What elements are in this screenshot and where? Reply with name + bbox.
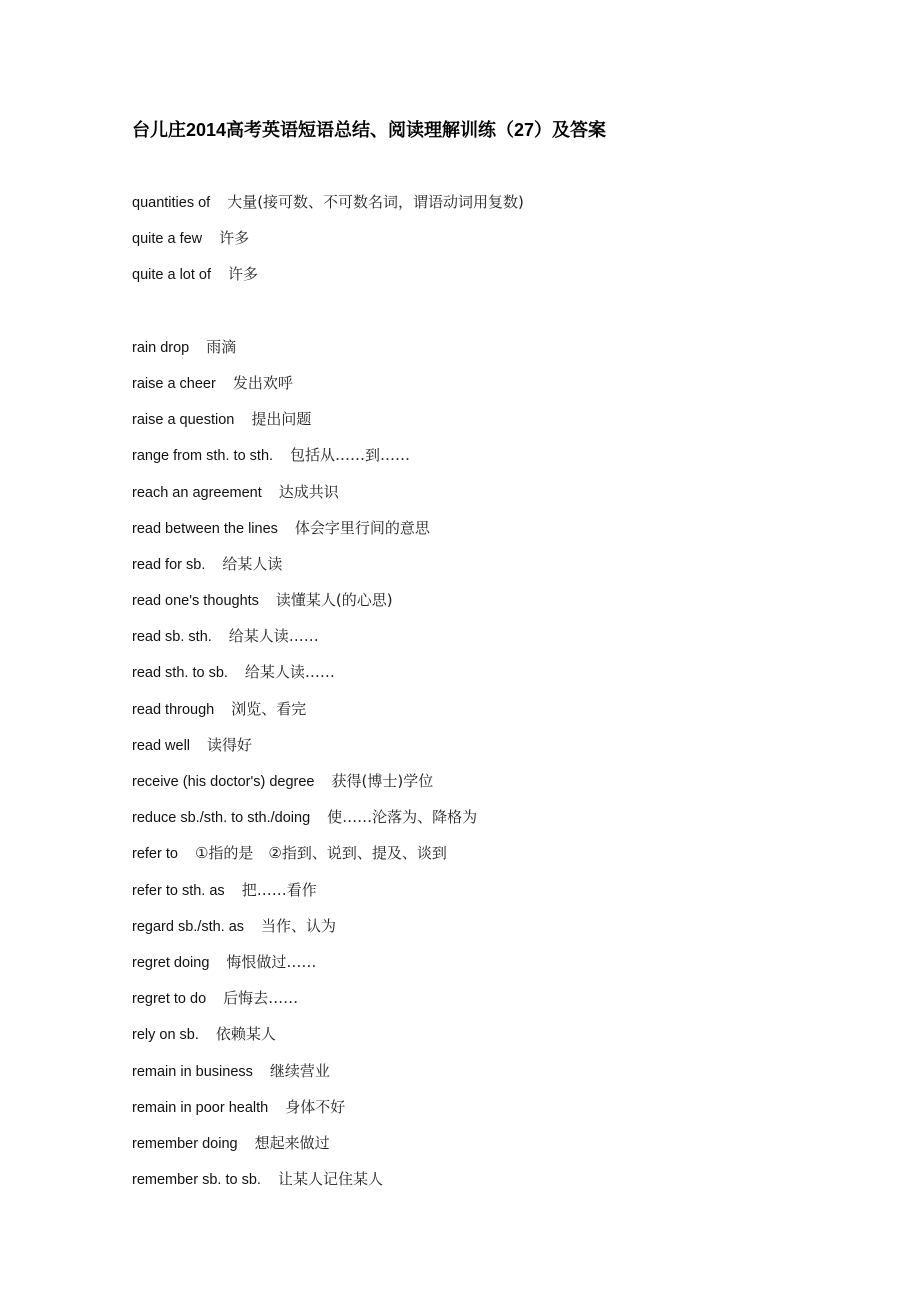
phrase-entry: quite a few许多 — [132, 226, 832, 262]
phrase-meaning: 体会字里行间的意思 — [295, 519, 430, 537]
phrase-text: read sth. to sb. — [132, 665, 228, 681]
phrase-text: remain in poor health — [132, 1100, 268, 1116]
phrase-entry — [132, 1203, 832, 1239]
phrase-entry: read sb. sth.给某人读…… — [132, 624, 832, 660]
phrase-meaning: 提出问题 — [251, 410, 311, 428]
phrase-entry: reduce sb./sth. to sth./doing使……沦落为、降格为 — [132, 805, 832, 841]
phrase-meaning: 给某人读…… — [245, 663, 335, 681]
phrase-entry: range from sth. to sth.包括从……到…… — [132, 443, 832, 479]
phrase-text: refer to — [132, 846, 178, 862]
phrase-entry: remain in poor health身体不好 — [132, 1095, 832, 1131]
phrase-entry: rely on sb.依赖某人 — [132, 1022, 832, 1058]
phrase-meaning: 把……看作 — [242, 881, 317, 899]
phrase-meaning: 给某人读…… — [229, 627, 319, 645]
phrase-text: remember doing — [132, 1136, 238, 1152]
phrase-entry: quantities of大量(接可数、不可数名词，谓语动词用复数) — [132, 190, 832, 226]
phrase-entry: regard sb./sth. as当作、认为 — [132, 914, 832, 950]
phrase-entry: reach an agreement达成共识 — [132, 480, 832, 516]
phrase-meaning: 悔恨做过…… — [226, 953, 316, 971]
phrase-meaning: 身体不好 — [285, 1098, 345, 1116]
phrase-text: reach an agreement — [132, 485, 262, 501]
phrase-text: regard sb./sth. as — [132, 919, 244, 935]
phrase-text: range from sth. to sth. — [132, 448, 273, 464]
phrase-text: quite a few — [132, 231, 202, 247]
phrase-meaning: 当作、认为 — [261, 917, 336, 935]
phrase-meaning: 包括从……到…… — [290, 446, 410, 464]
phrase-meaning: 使……沦落为、降格为 — [327, 808, 477, 826]
phrase-text: rely on sb. — [132, 1027, 199, 1043]
phrase-entry: read through浏览、看完 — [132, 697, 832, 733]
phrase-text: rain drop — [132, 340, 189, 356]
phrase-meaning: 雨滴 — [206, 338, 236, 356]
phrase-meaning: 继续营业 — [270, 1062, 330, 1080]
phrase-entry: regret to do后悔去…… — [132, 986, 832, 1022]
phrase-meaning: 让某人记住某人 — [278, 1170, 383, 1188]
phrase-text: receive (his doctor's) degree — [132, 774, 315, 790]
phrase-text: read sb. sth. — [132, 629, 212, 645]
phrase-entry: refer to①指的是 ②指到、说到、提及、谈到 — [132, 841, 832, 877]
phrase-meaning: 后悔去…… — [223, 989, 298, 1007]
phrase-meaning: ①指的是 ②指到、说到、提及、谈到 — [195, 844, 447, 862]
phrase-entry: remember doing想起来做过 — [132, 1131, 832, 1167]
phrase-meaning: 达成共识 — [279, 483, 339, 501]
document-page: 台儿庄2014高考英语短语总结、阅读理解训练（27）及答案 quantities… — [0, 0, 920, 1302]
phrase-entry: refer to sth. as把……看作 — [132, 878, 832, 914]
phrase-entry: rain drop雨滴 — [132, 335, 832, 371]
phrase-text: regret doing — [132, 955, 209, 971]
phrase-text: regret to do — [132, 991, 206, 1007]
phrase-entry: regret doing悔恨做过…… — [132, 950, 832, 986]
phrase-meaning: 想起来做过 — [255, 1134, 330, 1152]
phrase-meaning: 依赖某人 — [216, 1025, 276, 1043]
phrase-list: quantities of大量(接可数、不可数名词，谓语动词用复数) quite… — [132, 190, 832, 1239]
phrase-text: refer to sth. as — [132, 883, 225, 899]
phrase-meaning: 给某人读 — [222, 555, 282, 573]
phrase-text: read for sb. — [132, 557, 205, 573]
phrase-text: raise a question — [132, 412, 234, 428]
phrase-text: remember sb. to sb. — [132, 1172, 261, 1188]
phrase-meaning: 读懂某人(的心思) — [276, 591, 393, 609]
phrase-meaning: 读得好 — [207, 736, 252, 754]
phrase-text: read between the lines — [132, 521, 278, 537]
phrase-entry: read for sb.给某人读 — [132, 552, 832, 588]
phrase-entry: read between the lines体会字里行间的意思 — [132, 516, 832, 552]
phrase-meaning: 许多 — [219, 229, 249, 247]
phrase-entry: remember sb. to sb.让某人记住某人 — [132, 1167, 832, 1203]
phrase-text: quite a lot of — [132, 267, 211, 283]
phrase-entry: receive (his doctor's) degree获得(博士)学位 — [132, 769, 832, 805]
phrase-entry: read one's thoughts读懂某人(的心思) — [132, 588, 832, 624]
phrase-text: quantities of — [132, 195, 210, 211]
phrase-entry: remain in business继续营业 — [132, 1059, 832, 1095]
phrase-text: read through — [132, 702, 214, 718]
phrase-meaning: 获得(博士)学位 — [332, 772, 434, 790]
phrase-entry: read sth. to sb.给某人读…… — [132, 660, 832, 696]
phrase-text: remain in business — [132, 1064, 253, 1080]
phrase-entry: quite a lot of许多 — [132, 262, 832, 298]
phrase-entry: raise a question提出问题 — [132, 407, 832, 443]
phrase-entry: raise a cheer发出欢呼 — [132, 371, 832, 407]
phrase-text: read one's thoughts — [132, 593, 259, 609]
phrase-meaning: 发出欢呼 — [233, 374, 293, 392]
phrase-text: raise a cheer — [132, 376, 216, 392]
phrase-entry: read well读得好 — [132, 733, 832, 769]
document-title: 台儿庄2014高考英语短语总结、阅读理解训练（27）及答案 — [132, 117, 606, 143]
phrase-text: reduce sb./sth. to sth./doing — [132, 810, 310, 826]
phrase-meaning: 大量(接可数、不可数名词，谓语动词用复数) — [227, 193, 524, 211]
phrase-text: read well — [132, 738, 190, 754]
phrase-meaning: 浏览、看完 — [231, 700, 306, 718]
phrase-meaning: 许多 — [228, 265, 258, 283]
